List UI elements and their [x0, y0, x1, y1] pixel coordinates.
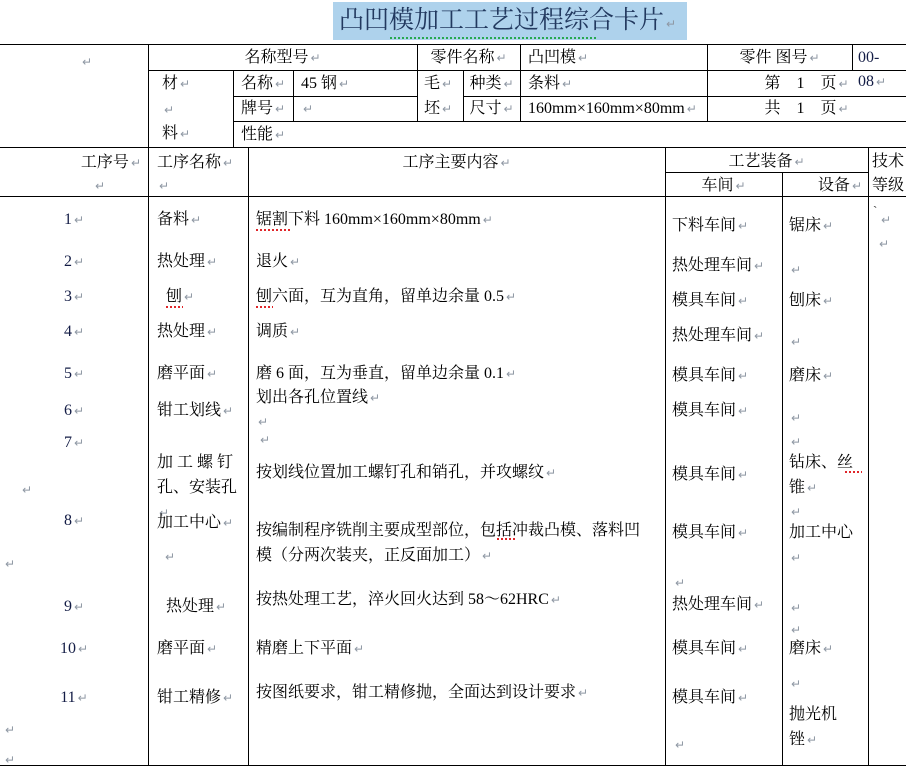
cell-material-name-value: 45 钢↵ [301, 72, 413, 96]
paragraph-mark: ↵ [273, 102, 285, 116]
paragraph-mark: ↵ [76, 642, 88, 656]
process-no: 3↵ [4, 284, 144, 310]
paragraph-mark: ↵ [850, 179, 862, 193]
paragraph-mark: ↵ [178, 127, 190, 141]
paragraph-mark: ↵ [805, 733, 817, 747]
equipment: ↵ [789, 405, 865, 431]
paragraph-mark: ↵ [673, 733, 685, 758]
paragraph-mark: ↵ [205, 367, 217, 381]
process-name: 钳工精修↵ [157, 685, 247, 711]
table-border-h [0, 44, 906, 45]
paragraph-mark: ↵ [221, 691, 233, 705]
paragraph-mark: ↵ [807, 51, 819, 65]
equipment: ↵ [789, 257, 865, 283]
paragraph-mark: ↵ [805, 481, 817, 495]
process-content: 精磨上下平面↵ [256, 636, 660, 662]
paragraph-mark: ↵ [836, 102, 848, 116]
workshop: 模具车间↵ [672, 288, 778, 314]
paragraph-mark: ↵ [789, 672, 801, 697]
paragraph-mark: ↵ [129, 156, 141, 170]
paragraph-mark: ↵ [3, 718, 15, 743]
process-name: 加工中心↵ [157, 510, 247, 536]
paragraph-mark: ↵ [736, 369, 748, 383]
process-no: 1↵ [4, 207, 144, 233]
process-no: 5↵ [4, 361, 144, 387]
cell-type-label: 种类↵ [463, 72, 520, 96]
paragraph-mark: ↵ [189, 213, 201, 227]
page-title-text: 凸凹模加工工艺过程综合卡片 [339, 7, 664, 34]
paragraph-mark: ↵ [3, 552, 15, 577]
table-border-v [148, 44, 149, 765]
word-document-page: 凸凹模加工工艺过程综合卡片↵ ↵ 名称型号↵ 零件名称↵ 凸凹模↵ 零件 图号↵… [0, 0, 906, 770]
paragraph-mark: ↵ [549, 593, 561, 607]
paragraph-mark: ↵ [544, 466, 556, 480]
column-header-equipment-group: 工艺装备↵ [665, 149, 868, 175]
cell-material-name-label: 名称↵ [233, 72, 293, 96]
process-content: 按图纸要求，钳工精修抛，全面达到设计要求↵ [256, 680, 660, 706]
column-header-tech-grade: 技术等级 [872, 150, 906, 198]
paragraph-mark: ↵ [664, 17, 676, 31]
paragraph-mark: ↵ [736, 468, 748, 482]
paragraph-mark: ↵ [288, 255, 300, 269]
process-content: 磨 6 面，互为垂直，留单边余量 0.1↵ [256, 361, 660, 387]
paragraph-mark: ↵ [93, 174, 105, 199]
page-title: 凸凹模加工工艺过程综合卡片↵ [333, 2, 687, 40]
paragraph-mark: ↵ [481, 213, 493, 227]
process-content: 退火↵ [256, 249, 660, 275]
paragraph-mark: ↵ [736, 294, 748, 308]
table-border-h [0, 147, 906, 148]
paragraph-mark: ↵ [3, 748, 15, 770]
paragraph-mark: ↵ [494, 51, 506, 65]
paragraph-mark: ↵ [504, 367, 516, 381]
cell-grade-label: 牌号↵ [233, 97, 293, 121]
paragraph-mark: ↵ [72, 514, 84, 528]
paragraph-mark: ↵ [576, 51, 588, 65]
paragraph-mark: ↵ [836, 77, 848, 91]
cell-name-model-label: 名称型号↵ [148, 46, 417, 70]
cell-material-label: 材↵ [162, 72, 190, 96]
paragraph-mark: ↵ [72, 255, 84, 269]
process-content: 按热处理工艺，淬火回火达到 58～62HRC↵ [256, 587, 660, 613]
spellcheck-squiggle-red [497, 538, 515, 540]
paragraph-mark: ↵ [221, 156, 233, 170]
paragraph-mark: ↵ [72, 600, 84, 614]
paragraph-mark: ↵ [72, 325, 84, 339]
process-no: 6↵ [4, 398, 144, 424]
paragraph-mark: ↵ [258, 428, 270, 453]
spellcheck-squiggle-red [256, 306, 273, 308]
process-name: 磨平面↵ [157, 361, 247, 387]
spellcheck-squiggle-red [166, 306, 183, 308]
equipment: 刨床↵ [789, 288, 865, 314]
table-border-v [868, 147, 869, 765]
paragraph-mark: ↵ [273, 128, 285, 142]
spellcheck-squiggle-red [256, 229, 290, 231]
paragraph-mark: ↵ [789, 263, 801, 277]
paragraph-mark: ↵ [163, 545, 175, 570]
process-name: 热处理↵ [157, 319, 247, 345]
workshop: 热处理车间↵ [672, 592, 778, 618]
paragraph-mark: ↵ [337, 77, 349, 91]
paragraph-mark: ↵ [440, 77, 452, 91]
paragraph-mark: ↵ [501, 102, 513, 116]
table-border-h [233, 121, 906, 122]
cell-page-current: 第 1 页↵ [707, 72, 906, 96]
process-content: 按划线位置加工螺钉孔和销孔，并攻螺纹↵ [256, 460, 660, 486]
paragraph-mark: ↵ [877, 232, 889, 257]
process-no: 9↵ [4, 594, 144, 620]
paragraph-mark: ↵ [733, 179, 745, 193]
process-no: 11↵ [4, 685, 144, 711]
column-header-device: 设备↵ [782, 173, 862, 199]
spellcheck-squiggle-red [845, 471, 862, 473]
equipment: 抛光机 锉↵ [789, 702, 865, 753]
paragraph-mark: ↵ [736, 642, 748, 656]
paragraph-mark: ↵ [214, 600, 226, 614]
column-header-process-name: 工序名称↵ [157, 150, 247, 176]
paragraph-mark: ↵ [72, 404, 84, 418]
workshop: 模具车间↵ [672, 636, 778, 662]
paragraph-mark: ↵ [72, 290, 84, 304]
paragraph-mark: ↵ [72, 213, 84, 227]
paragraph-mark: ↵ [205, 325, 217, 339]
workshop: 模具车间↵ [672, 363, 778, 389]
table-border-v [293, 70, 294, 121]
paragraph-mark: ↵ [752, 329, 764, 343]
paragraph-mark: ↵ [352, 642, 364, 656]
table-border-h [0, 765, 906, 766]
workshop: 模具车间↵ [672, 685, 778, 711]
paragraph-mark: ↵ [20, 478, 32, 503]
paragraph-mark: ↵ [205, 255, 217, 269]
paragraph-mark: ↵ [789, 601, 801, 615]
workshop: 热处理车间↵ [672, 323, 778, 349]
cell-part-name-value: 凸凹模↵ [528, 46, 703, 70]
cell-grade-value: ↵ [301, 97, 413, 121]
paragraph-mark: ↵ [440, 102, 452, 116]
process-no: 10↵ [4, 636, 144, 662]
cell-material-label-2: 料↵ [162, 122, 190, 146]
paragraph-mark: ↵ [821, 642, 833, 656]
paragraph-mark: ↵ [560, 77, 572, 91]
paragraph-mark: ↵ [789, 335, 801, 349]
paragraph-mark: ↵ [72, 367, 84, 381]
workshop: 热处理车间↵ [672, 253, 778, 279]
table-border-v [248, 147, 249, 765]
paragraph-mark: ↵ [752, 259, 764, 273]
table-border-v [520, 44, 521, 121]
cell-property-label: 性能↵ [241, 123, 441, 147]
process-no: 2↵ [4, 249, 144, 275]
process-no: 7↵ [4, 430, 144, 456]
paragraph-mark: ↵ [498, 156, 510, 170]
paragraph-mark: ↵ [736, 526, 748, 540]
table-border-v [782, 172, 783, 765]
equipment: 钻床、丝 锥↵ [789, 450, 865, 501]
equipment: 磨床↵ [789, 363, 865, 389]
paragraph-mark: ↵ [72, 436, 84, 450]
process-content: 刨六面，互为直角，留单边余量 0.5↵ [256, 284, 660, 310]
workshop: 模具车间↵ [672, 520, 778, 546]
process-name: 磨平面↵ [157, 636, 247, 662]
column-header-workshop: 车间↵ [665, 173, 782, 199]
paragraph-mark: ↵ [792, 155, 804, 169]
cell-page-total: 共 1 页↵ [707, 97, 906, 121]
cell-part-name-label: 零件名称↵ [417, 46, 520, 70]
paragraph-mark: ↵ [157, 174, 169, 199]
process-name: 备料↵ [157, 207, 247, 233]
process-name: 钳工划线↵ [157, 398, 247, 424]
table-border-v [852, 44, 853, 70]
process-no: 8↵ [4, 508, 144, 534]
cell-blank-label: 毛↵ [424, 72, 452, 96]
workshop: 模具车间↵ [672, 398, 778, 424]
process-content: 调质↵ [256, 319, 660, 345]
paragraph-mark: ↵ [288, 325, 300, 339]
process-name: 热处理↵ [166, 594, 256, 620]
process-no: 4↵ [4, 319, 144, 345]
paragraph-mark: ↵ [480, 549, 492, 563]
paragraph-mark: ↵ [504, 290, 516, 304]
paragraph-mark: ↵ [752, 598, 764, 612]
process-content: 划出各孔位置线↵ [256, 385, 660, 411]
paragraph-mark: ↵ [821, 294, 833, 308]
paragraph-mark: ↵ [80, 50, 92, 74]
paragraph-mark: ↵ [736, 404, 748, 418]
table-border-h [148, 70, 906, 71]
equipment: 加工中心↵ [789, 520, 865, 571]
workshop: 下料车间↵ [672, 213, 778, 239]
workshop: 模具车间↵ [672, 462, 778, 488]
paragraph-mark: ↵ [879, 208, 891, 233]
equipment: 磨床↵ [789, 636, 865, 662]
paragraph-mark: ↵ [178, 77, 190, 91]
spellcheck-squiggle-green [390, 37, 596, 39]
paragraph-mark: ↵ [221, 516, 233, 530]
paragraph-mark: ↵ [205, 642, 217, 656]
paragraph-mark: ↵ [76, 691, 88, 705]
process-content: 锯割下料 160mm×160mm×80mm↵ [256, 207, 660, 233]
equipment: ↵ [789, 329, 865, 355]
column-header-content: 工序主要内容↵ [248, 150, 665, 176]
paragraph-mark: ↵ [368, 391, 380, 405]
paragraph-mark: ↵ [301, 102, 313, 116]
paragraph-mark: ↵ [685, 102, 697, 116]
cell-type-value: 条料↵ [528, 72, 703, 96]
cell-drawing-label: 零件 图号↵ [707, 46, 852, 70]
paragraph-mark: ↵ [576, 686, 588, 700]
paragraph-mark: ↵ [273, 77, 285, 91]
equipment: 锯床↵ [789, 213, 865, 239]
process-content: 按编制程序铣削主要成型部位，包括冲裁凸模、落料凹 模（分两次装夹，正反面加工）↵ [256, 518, 660, 569]
cell-size-label: 尺寸↵ [463, 97, 520, 121]
cell-blank-label-2: 坯↵ [424, 97, 452, 121]
paragraph-mark: ↵ [182, 290, 194, 304]
paragraph-mark: ↵ [789, 551, 801, 565]
process-name: 热处理↵ [157, 249, 247, 275]
paragraph-mark: ↵ [789, 411, 801, 425]
table-border-v [665, 147, 666, 765]
stray-tick-mark: ` [873, 198, 877, 223]
column-header-process-no: 工序号↵ [0, 150, 141, 176]
cell-size-value: 160mm×160mm×80mm↵ [528, 97, 706, 121]
paragraph-mark: ↵ [308, 51, 320, 65]
paragraph-mark: ↵ [221, 404, 233, 418]
paragraph-mark: ↵ [501, 77, 513, 91]
paragraph-mark: ↵ [736, 219, 748, 233]
paragraph-mark: ↵ [162, 98, 174, 122]
paragraph-mark: ↵ [736, 691, 748, 705]
paragraph-mark: ↵ [821, 369, 833, 383]
paragraph-mark: ↵ [821, 219, 833, 233]
